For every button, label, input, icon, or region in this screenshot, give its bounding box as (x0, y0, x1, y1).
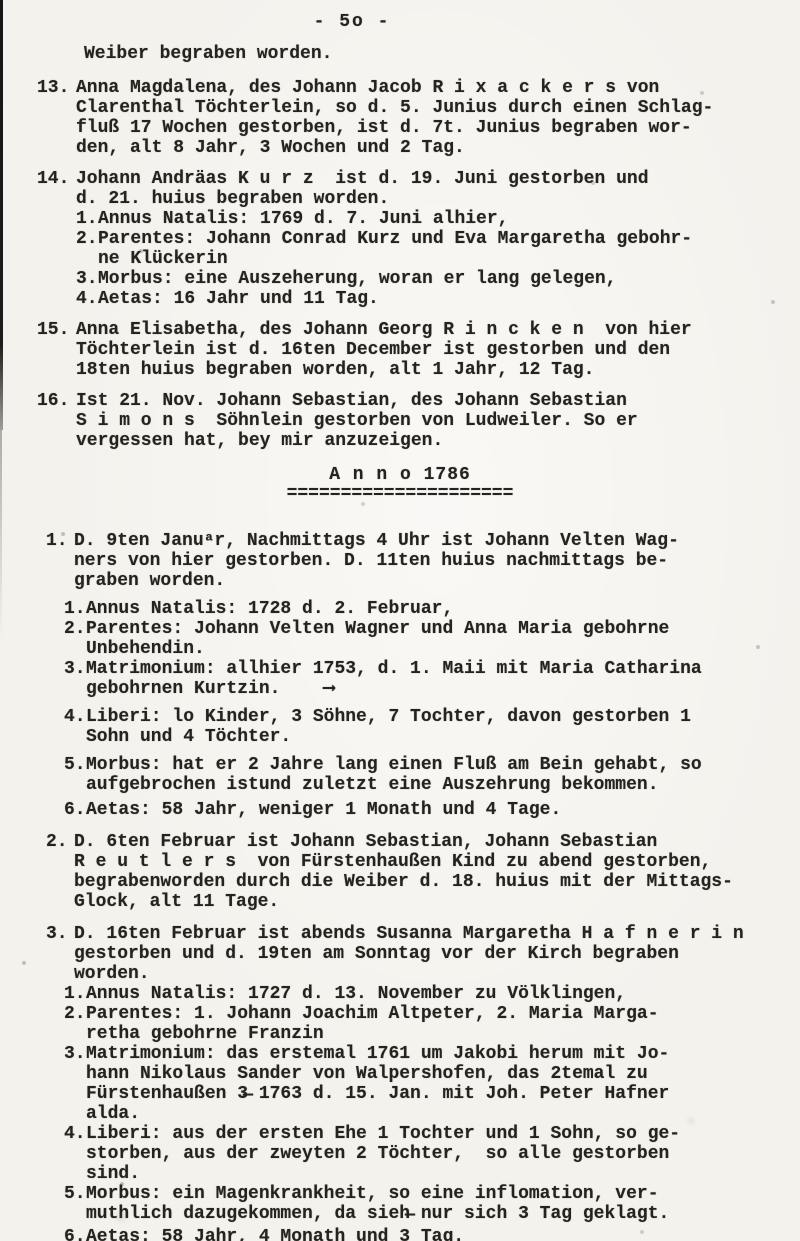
sub-entry: 1.Annus Natalis: 1769 d. 7. Juni alhier, (0, 209, 800, 229)
sub-entry: 6.Aetas: 58 Jahr, weniger 1 Monath und 4… (0, 800, 800, 820)
entry: 15.Anna Elisabetha, des Johann Georg R i… (0, 320, 800, 380)
entry-text: Liberi: aus der ersten Ehe 1 Tochter und… (86, 1124, 680, 1184)
entry-text: Liberi: lo Kinder, 3 Söhne, 7 Tochter, d… (86, 707, 691, 747)
sub-entry: 2.Parentes: Johann Velten Wagner und Ann… (0, 619, 800, 659)
entry: 2.D. 6ten Februar ist Johann Sebastian, … (0, 832, 800, 912)
sub-entry: 1.Annus Natalis: 1727 d. 13. November zu… (0, 984, 800, 1004)
entry-number: 5. (64, 1184, 86, 1224)
entry-number: 4. (76, 289, 98, 309)
entry-number: 3. (64, 659, 86, 699)
entry-number: 15. (37, 320, 76, 380)
entry-text: Annus Natalis: 1728 d. 2. Februar, (86, 599, 453, 619)
scan-edge-artifact (0, 0, 3, 430)
sub-entry: 4.Liberi: aus der ersten Ehe 1 Tochter u… (0, 1124, 800, 1184)
entry-number: 4. (64, 1124, 86, 1184)
sub-entry: 2.Parentes: Johann Conrad Kurz und Eva M… (0, 229, 800, 269)
entry-number: 14. (37, 169, 76, 209)
entry-number: 16. (37, 391, 76, 451)
sub-entry: 3.Matrimonium: das erstemal 1761 um Jako… (0, 1044, 800, 1124)
entry-number: 2. (46, 832, 74, 912)
sub-entry: 4.Liberi: lo Kinder, 3 Söhne, 7 Tochter,… (0, 707, 800, 747)
anno-heading: A n n o 1786 ===================== (0, 465, 800, 503)
anno-title: A n n o 1786 (0, 465, 800, 485)
entry-number: 1. (64, 599, 86, 619)
entry-text: Morbus: hat er 2 Jahre lang einen Fluß a… (86, 755, 702, 795)
entry: 1.D. 9ten Januᵃr, Nachmittags 4 Uhr ist … (0, 531, 800, 591)
entry-text: Ist 21. Nov. Johann Sebastian, des Johan… (76, 391, 638, 451)
document-page: - 5o - Weiber begraben worden. 13.Anna M… (0, 0, 800, 1241)
entry-text: Annus Natalis: 1769 d. 7. Juni alhier, (98, 209, 508, 229)
entry: 13.Anna Magdalena, des Johann Jacob R i … (0, 78, 800, 158)
entry-number: 5. (64, 755, 86, 795)
sub-entry: 2.Parentes: 1. Johann Joachim Altpeter, … (0, 1004, 800, 1044)
entry-number: 13. (37, 78, 76, 158)
sub-entry: 1.Annus Natalis: 1728 d. 2. Februar, (0, 599, 800, 619)
entry-text: Morbus: ein Magenkrankheit, so eine infl… (86, 1184, 669, 1224)
sub-entry: 5.Morbus: hat er 2 Jahre lang einen Fluß… (0, 755, 800, 795)
entry-text: Parentes: Johann Velten Wagner und Anna … (86, 619, 669, 659)
entry-text: Parentes: 1. Johann Joachim Altpeter, 2.… (86, 1004, 659, 1044)
entry-number: 6. (64, 1227, 86, 1241)
anno-underline: ===================== (0, 485, 800, 503)
section-1785-entries: 13.Anna Magdalena, des Johann Jacob R i … (0, 78, 800, 451)
entry-number: 6. (64, 800, 86, 820)
sub-entry: 5.Morbus: ein Magenkrankheit, so eine in… (0, 1184, 800, 1224)
entry-number: 2. (64, 1004, 86, 1044)
entry-text: Matrimonium: das erstemal 1761 um Jakobi… (86, 1044, 669, 1124)
sub-entry: 3.Matrimonium: allhier 1753, d. 1. Maii … (0, 659, 800, 699)
entry: 14.Johann Andräas K u r z ist d. 19. Jun… (0, 169, 800, 209)
entry-number: 3. (76, 269, 98, 289)
sub-entry: 6.Aetas: 58 Jahr, 4 Monath und 3 Tag. (0, 1227, 800, 1241)
section-1786-entries: 1.D. 9ten Januᵃr, Nachmittags 4 Uhr ist … (0, 531, 800, 1241)
entry-number: 3. (64, 1044, 86, 1124)
entry-text: Anna Magdalena, des Johann Jacob R i x a… (76, 78, 713, 158)
entry-text: Morbus: eine Auszeherung, woran er lang … (98, 269, 616, 289)
entry-text: D. 9ten Januᵃr, Nachmittags 4 Uhr ist Jo… (74, 531, 679, 591)
entry: 16.Ist 21. Nov. Johann Sebastian, des Jo… (0, 391, 800, 451)
entry: 3.D. 16ten Februar ist abends Susanna Ma… (0, 924, 800, 984)
entry-text: Aetas: 16 Jahr und 11 Tag. (98, 289, 379, 309)
entry-text: D. 6ten Februar ist Johann Sebastian, Jo… (74, 832, 733, 912)
continuation-line: Weiber begraben worden. (0, 44, 800, 64)
entry-number: 2. (76, 229, 98, 269)
scan-edge-artifact-faint (0, 430, 2, 640)
page-number: - 5o - (0, 12, 752, 32)
entry-number: 2. (64, 619, 86, 659)
entry-number: 4. (64, 707, 86, 747)
entry-text: Aetas: 58 Jahr, 4 Monath und 3 Tag. (86, 1227, 464, 1241)
entry-text: D. 16ten Februar ist abends Susanna Marg… (74, 924, 744, 984)
entry-text: Aetas: 58 Jahr, weniger 1 Monath und 4 T… (86, 800, 561, 820)
entry-text: Parentes: Johann Conrad Kurz und Eva Mar… (98, 229, 692, 269)
entry-text: Anna Elisabetha, des Johann Georg R i n … (76, 320, 692, 380)
entry-text: Johann Andräas K u r z ist d. 19. Juni g… (76, 169, 649, 209)
sub-entry: 4.Aetas: 16 Jahr und 11 Tag. (0, 289, 800, 309)
entry-text: Annus Natalis: 1727 d. 13. November zu V… (86, 984, 626, 1004)
entry-number: 3. (46, 924, 74, 984)
entry-number: 1. (64, 984, 86, 1004)
scan-specks (0, 0, 2, 2)
sub-entry: 3.Morbus: eine Auszeherung, woran er lan… (0, 269, 800, 289)
entry-text: Matrimonium: allhier 1753, d. 1. Maii mi… (86, 659, 702, 699)
entry-number: 1. (76, 209, 98, 229)
entry-number: 1. (46, 531, 74, 591)
